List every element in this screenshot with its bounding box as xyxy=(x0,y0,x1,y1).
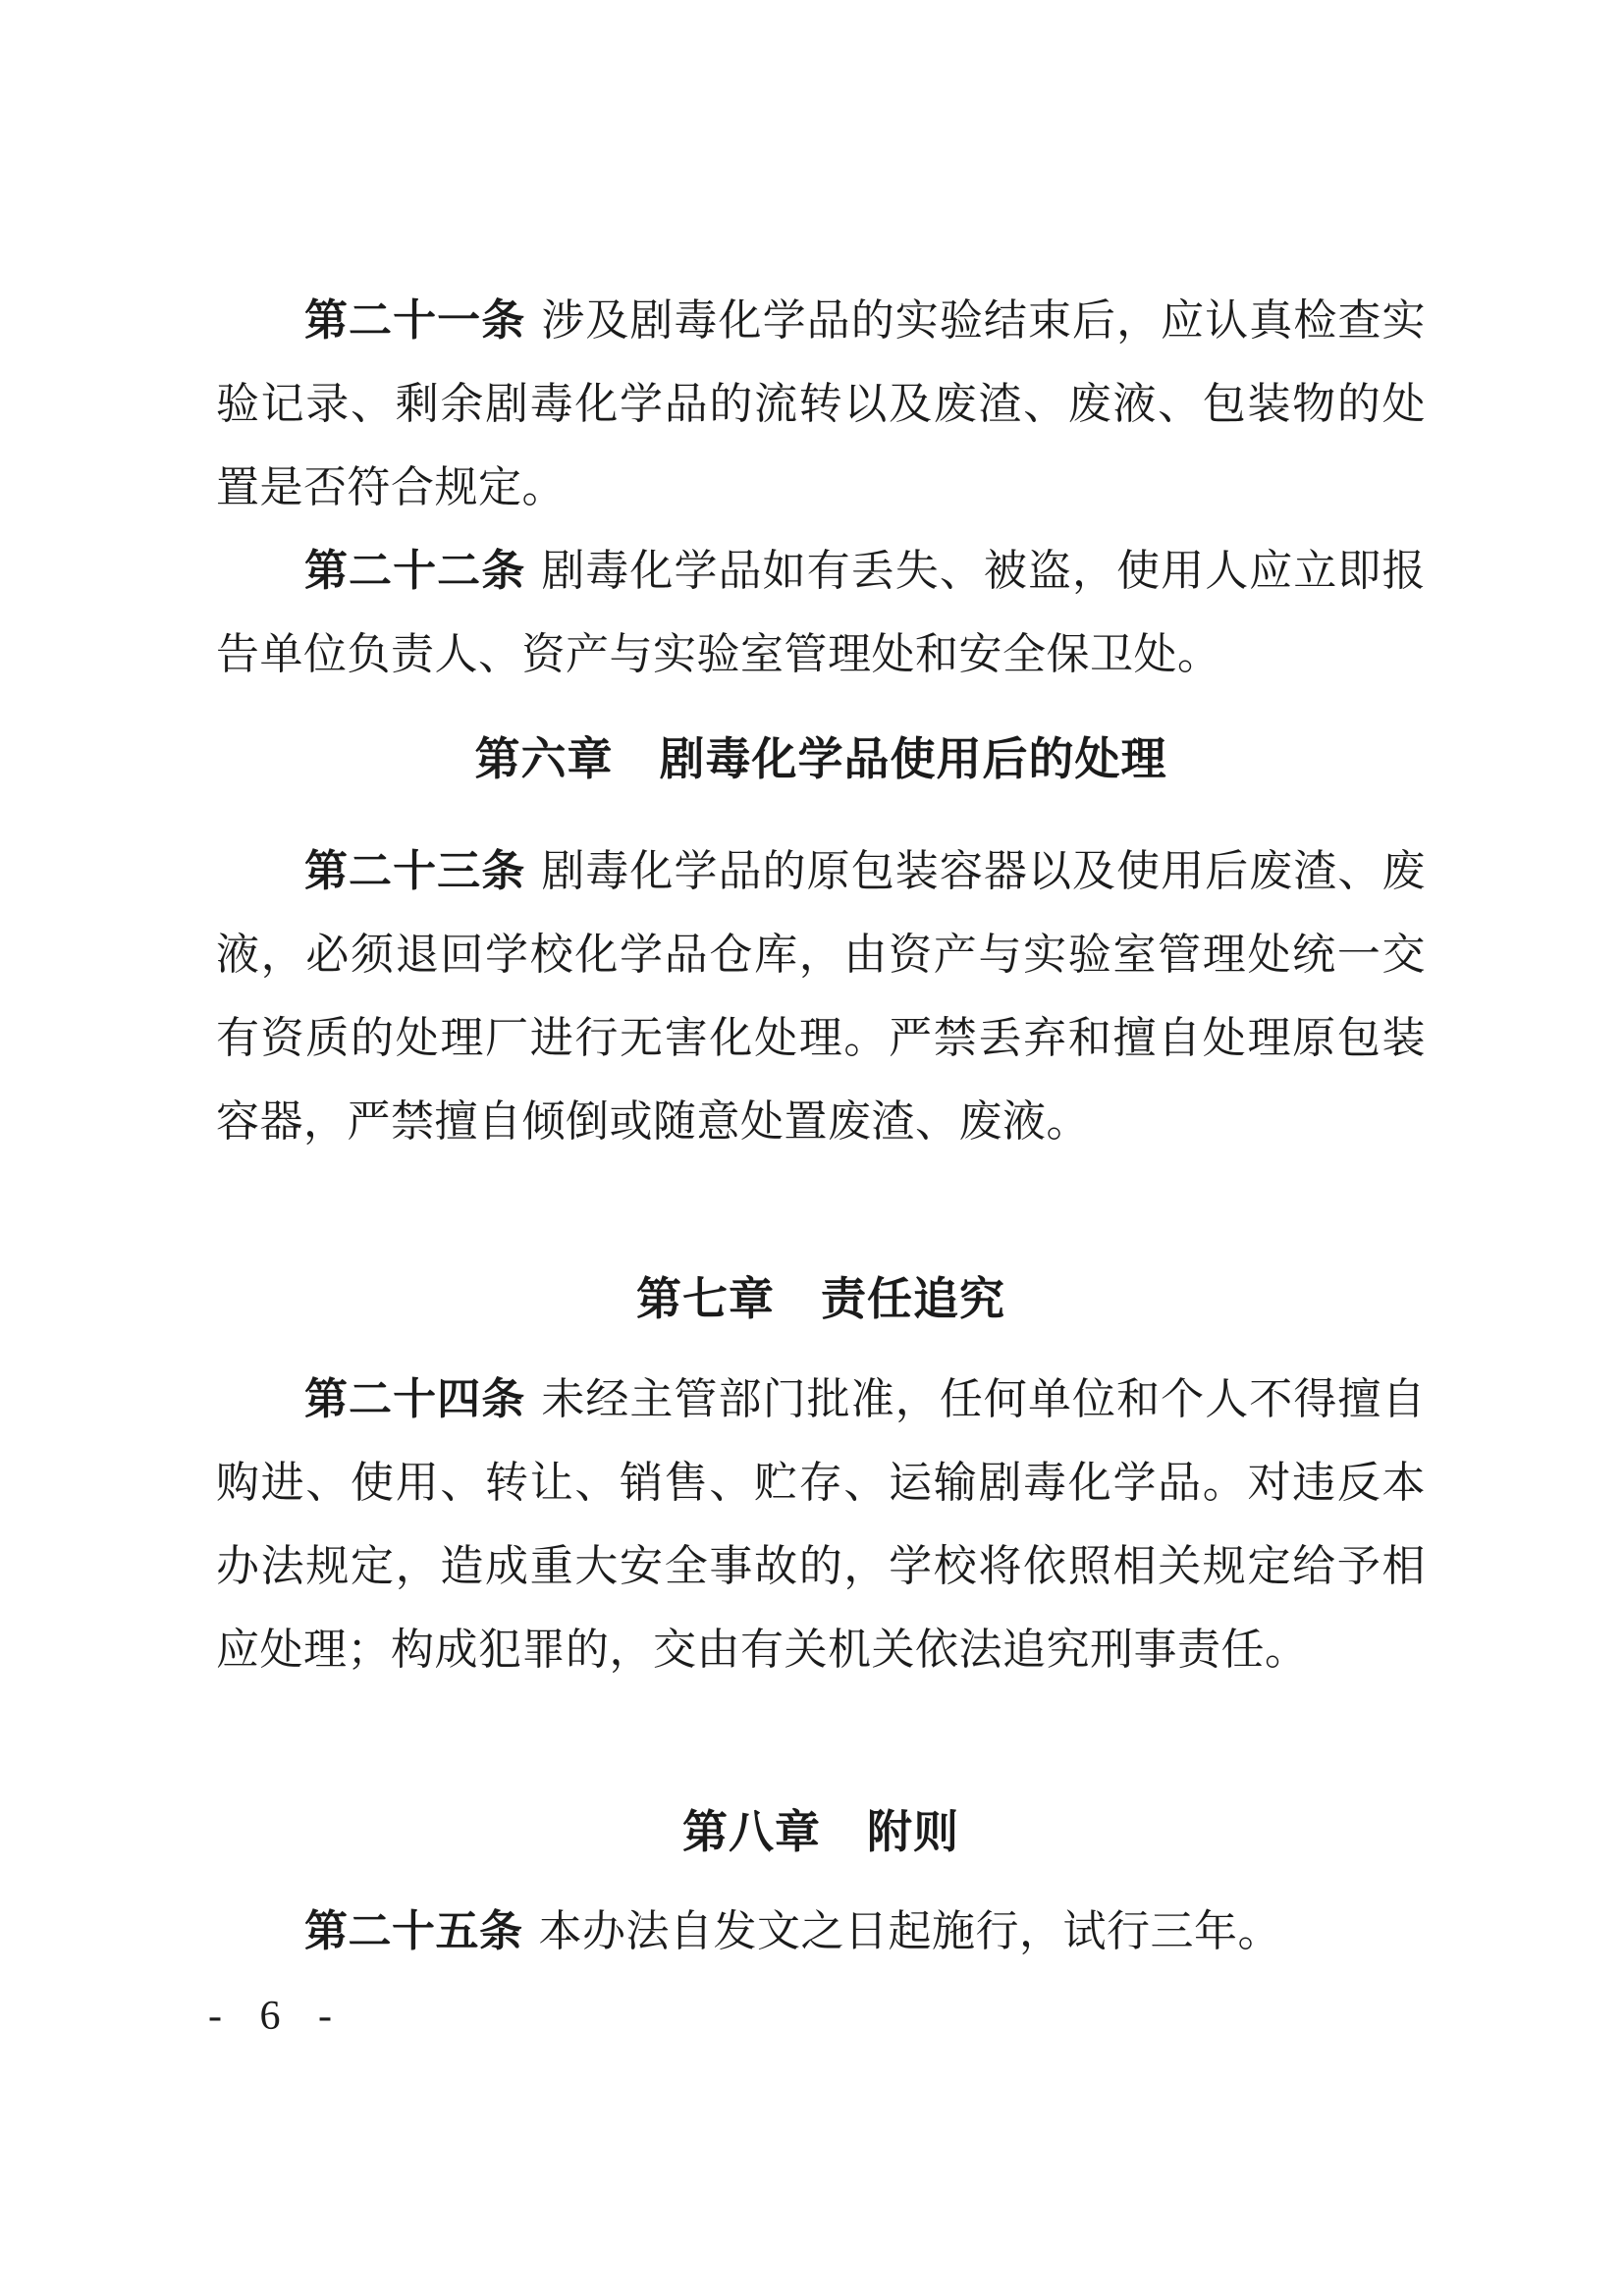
article-25-text: 本办法自发文之日起施行，试行三年。 xyxy=(539,1907,1282,1955)
document-page: 第二十一条涉及剧毒化学品的实验结束后，应认真检查实验记录、剩余剧毒化学品的流转以… xyxy=(0,0,1624,2296)
article-23-paragraph: 第二十三条剧毒化学品的原包装容器以及使用后废渣、废液，必须退回学校化学品仓库，由… xyxy=(216,829,1426,1163)
article-24-number: 第二十四条 xyxy=(304,1375,525,1423)
page-number: - 6 - xyxy=(208,1991,346,2042)
article-23-number: 第二十三条 xyxy=(304,847,525,895)
article-22-number: 第二十二条 xyxy=(304,547,525,595)
article-25-number: 第二十五条 xyxy=(304,1907,523,1955)
chapter-7-heading: 第七章 责任追究 xyxy=(216,1257,1426,1341)
article-22-paragraph: 第二十二条剧毒化学品如有丢失、被盗，使用人应立即报告单位负责人、资产与实验室管理… xyxy=(216,529,1426,696)
chapter-8-heading: 第八章 附则 xyxy=(216,1790,1426,1874)
document-content: 第二十一条涉及剧毒化学品的实验结束后，应认真检查实验记录、剩余剧毒化学品的流转以… xyxy=(216,279,1426,1973)
article-21-paragraph: 第二十一条涉及剧毒化学品的实验结束后，应认真检查实验记录、剩余剧毒化学品的流转以… xyxy=(216,279,1426,529)
chapter-6-heading: 第六章 剧毒化学品使用后的处理 xyxy=(216,718,1426,801)
article-24-paragraph: 第二十四条未经主管部门批准，任何单位和个人不得擅自购进、使用、转让、销售、贮存、… xyxy=(216,1358,1426,1691)
article-21-number: 第二十一条 xyxy=(304,296,525,345)
article-25-paragraph: 第二十五条本办法自发文之日起施行，试行三年。 xyxy=(216,1890,1426,1973)
